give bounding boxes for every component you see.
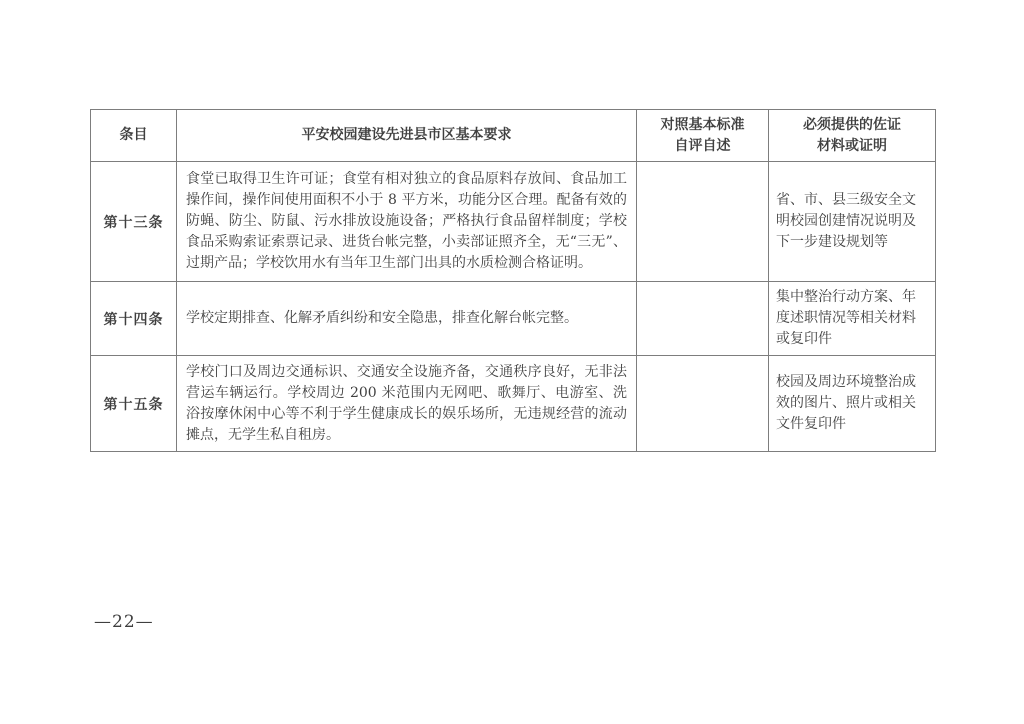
evidence-cell: 校园及周边环境整治成效的图片、照片或相关文件复印件 [769, 356, 936, 452]
header-self-evaluation-column: 对照基本标准 自评自述 [637, 110, 769, 162]
page-number: —22— [94, 612, 154, 632]
requirement-cell: 学校门口及周边交通标识、交通安全设施齐备，交通秩序良好，无非法营运车辆运行。学校… [177, 356, 637, 452]
requirements-table: 条目 平安校园建设先进县市区基本要求 对照基本标准 自评自述 必须提供的佐证 材… [90, 109, 936, 452]
header-evidence-column: 必须提供的佐证 材料或证明 [769, 110, 936, 162]
item-cell: 第十三条 [91, 162, 177, 282]
table-header-row: 条目 平安校园建设先进县市区基本要求 对照基本标准 自评自述 必须提供的佐证 材… [91, 110, 936, 162]
evidence-cell: 集中整治行动方案、年度述职情况等相关材料或复印件 [769, 282, 936, 356]
self-evaluation-cell [637, 162, 769, 282]
header-item-column: 条目 [91, 110, 177, 162]
self-evaluation-cell [637, 282, 769, 356]
document-page: 条目 平安校园建设先进县市区基本要求 对照基本标准 自评自述 必须提供的佐证 材… [0, 0, 1024, 724]
table-row: 第十四条 学校定期排查、化解矛盾纠纷和安全隐患，排查化解台帐完整。 集中整治行动… [91, 282, 936, 356]
evidence-cell: 省、市、县三级安全文明校园创建情况说明及下一步建设规划等 [769, 162, 936, 282]
self-evaluation-cell [637, 356, 769, 452]
requirement-cell: 食堂已取得卫生许可证；食堂有相对独立的食品原料存放间、食品加工操作间，操作间使用… [177, 162, 637, 282]
table-row: 第十五条 学校门口及周边交通标识、交通安全设施齐备，交通秩序良好，无非法营运车辆… [91, 356, 936, 452]
table-row: 第十三条 食堂已取得卫生许可证；食堂有相对独立的食品原料存放间、食品加工操作间，… [91, 162, 936, 282]
item-cell: 第十五条 [91, 356, 177, 452]
requirement-cell: 学校定期排查、化解矛盾纠纷和安全隐患，排查化解台帐完整。 [177, 282, 637, 356]
header-requirements-column: 平安校园建设先进县市区基本要求 [177, 110, 637, 162]
item-cell: 第十四条 [91, 282, 177, 356]
